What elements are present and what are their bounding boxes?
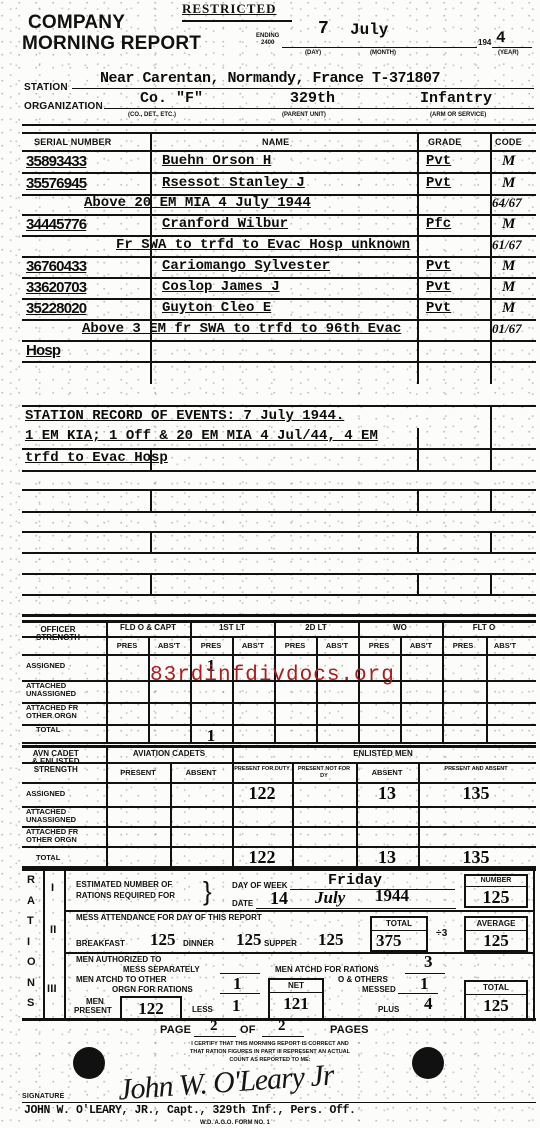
rations-side-letter: N bbox=[27, 977, 35, 989]
plus-value: 4 bbox=[424, 994, 433, 1014]
others-messed-value: 1 bbox=[420, 974, 429, 994]
row-code: M bbox=[502, 175, 515, 192]
row-code: M bbox=[502, 153, 515, 170]
rations-section-1-roman: I bbox=[51, 882, 54, 894]
rations-side-letter: A bbox=[27, 895, 35, 907]
record-of-events-line2: 1 EM KIA; 1 Off & 20 EM MIA 4 Jul/44, 4 … bbox=[25, 428, 378, 444]
row-name: Buehn Orson H bbox=[162, 153, 271, 169]
rations-side-letter: I bbox=[27, 936, 30, 948]
enlisted-row-label: ATTACHED UNASSIGNED bbox=[26, 808, 104, 824]
punch-hole-left bbox=[73, 1047, 105, 1079]
row-code: M bbox=[502, 279, 515, 296]
officer-group-header: WO bbox=[358, 624, 442, 632]
station-value: Near Carentan, Normandy, France T-371807 bbox=[100, 70, 440, 87]
row-serial-number: 35228020 bbox=[26, 300, 86, 317]
morning-report-document: COMPANY MORNING REPORT RESTRICTED ENDING… bbox=[0, 0, 540, 1128]
enlisted-strength-title: AVN CADET& ENLISTEDSTRENGTH bbox=[32, 750, 80, 774]
officer-subcol-header: ABS'T bbox=[316, 642, 358, 650]
row-grade: Pvt bbox=[426, 279, 451, 295]
officer-subcol-header: PRES bbox=[442, 642, 484, 650]
org-parent-unit: 329th bbox=[290, 90, 335, 107]
table-row: 36760433Cariomango SylvesterPvtM bbox=[22, 258, 536, 279]
header-code: CODE bbox=[495, 137, 522, 147]
table-row: 34445776Cranford WilburPfcM bbox=[22, 216, 536, 237]
row-code: M bbox=[502, 258, 515, 275]
row-grade: Pvt bbox=[426, 300, 451, 316]
enlisted-cell: 13 bbox=[356, 847, 418, 868]
men-present-box: 122 bbox=[120, 996, 182, 1018]
enlisted-row-label: ATTACHED FR OTHER ORGN bbox=[26, 828, 104, 844]
rations-total-value: 125 bbox=[466, 995, 526, 1017]
row-serial-number: 35893433 bbox=[26, 153, 86, 170]
officer-subcol-header: PRES bbox=[106, 642, 148, 650]
org-company: Co. "F" bbox=[140, 90, 203, 107]
row-serial-number: Hosp bbox=[26, 342, 60, 359]
ration-number-box: NUMBER 125 bbox=[464, 874, 528, 908]
row-name: Coslop James J bbox=[162, 279, 280, 295]
org-arm: Infantry bbox=[420, 90, 492, 107]
officer-subcol-header: ABS'T bbox=[232, 642, 274, 650]
table-row: 33620703Coslop James JPvtM bbox=[22, 279, 536, 300]
enlisted-subcol-header: PRESENT AND ABSENT bbox=[418, 766, 534, 773]
row-grade: Pvt bbox=[426, 175, 451, 191]
row-remark: Fr SWA to trfd to Evac Hosp unknown bbox=[116, 237, 410, 253]
title-morning-report: MORNING REPORT bbox=[22, 33, 201, 55]
enlisted-row-label: TOTAL bbox=[36, 854, 96, 862]
enlisted-cell: 122 bbox=[232, 783, 292, 804]
men-atchd-rations-value: 3 bbox=[424, 952, 433, 972]
rations-side-letter: S bbox=[27, 997, 35, 1009]
row-serial-number: 34445776 bbox=[26, 216, 86, 233]
watermark: 83rdinfdivdocs.org bbox=[150, 664, 395, 687]
ration-date-day: 14 bbox=[270, 888, 288, 909]
row-name: Cariomango Sylvester bbox=[162, 258, 330, 274]
row-grade: Pvt bbox=[426, 153, 451, 169]
enlisted-cell: 135 bbox=[418, 847, 534, 868]
ration-day-of-week: Friday bbox=[328, 872, 382, 889]
net-box: NET 121 bbox=[268, 978, 324, 1018]
mess-breakfast: 125 bbox=[150, 930, 176, 950]
men-present-value: 122 bbox=[122, 998, 180, 1020]
officer-subcol-header: ABS'T bbox=[484, 642, 526, 650]
row-code: M bbox=[502, 216, 515, 233]
ration-number-value: 125 bbox=[466, 887, 526, 907]
officer-subcol-header: PRES bbox=[358, 642, 400, 650]
enlisted-subcol-header: PRESENT FOR DUTY bbox=[232, 766, 292, 773]
ration-date-month: July bbox=[315, 888, 345, 908]
officer-group-header: 2D LT bbox=[274, 624, 358, 632]
net-value: 121 bbox=[270, 993, 322, 1015]
title-company: COMPANY bbox=[28, 12, 125, 34]
classification-stamp: RESTRICTED bbox=[182, 1, 277, 17]
rations-side-letter: T bbox=[27, 915, 34, 927]
enlisted-cell: 13 bbox=[356, 783, 418, 804]
table-row: Fr SWA to trfd to Evac Hosp unknown61/67 bbox=[22, 237, 536, 258]
row-remark: Above 3 EM fr SWA to trfd to 96th Evac bbox=[82, 321, 401, 337]
report-year: 4 bbox=[496, 29, 506, 47]
ending-label: ENDING 2400 bbox=[256, 33, 279, 47]
report-month: July bbox=[350, 21, 388, 39]
record-of-events-line1: STATION RECORD OF EVENTS: 7 July 1944. bbox=[25, 408, 344, 424]
organization-label: ORGANIZATION bbox=[24, 101, 103, 112]
row-remark: Above 20 EM MIA 4 July 1944 bbox=[84, 195, 311, 211]
ration-date-year: 1944 bbox=[375, 886, 409, 906]
rations-side-letter: O bbox=[27, 956, 36, 968]
row-grade: Pfc bbox=[426, 216, 451, 232]
enlisted-subcol-header: ABSENT bbox=[356, 769, 418, 777]
officer-subcol-header: ABS'T bbox=[400, 642, 442, 650]
rations-side-letter: R bbox=[27, 874, 35, 886]
enlisted-subcol-header: ABSENT bbox=[170, 769, 232, 777]
row-serial-number: 36760433 bbox=[26, 258, 86, 275]
record-of-events-line3: trfd to Evac Hosp bbox=[25, 450, 168, 466]
row-code: 61/67 bbox=[492, 237, 522, 253]
officer-group-header: FLT O bbox=[442, 624, 526, 632]
officer-row-label: TOTAL bbox=[36, 726, 96, 734]
row-name: Guyton Cleo E bbox=[162, 300, 271, 316]
mess-average-box: AVERAGE 125 bbox=[464, 916, 528, 952]
row-name: Cranford Wilbur bbox=[162, 216, 288, 232]
officer-row-label: ATTACHED UNASSIGNED bbox=[26, 682, 104, 698]
officer-strength-title: OFFICERSTRENGTH bbox=[36, 626, 80, 642]
less-value: 1 bbox=[232, 996, 241, 1016]
page-number: 2 bbox=[210, 1018, 218, 1035]
rations-section-2-roman: II bbox=[50, 924, 57, 936]
officer-row-label: ASSIGNED bbox=[26, 662, 104, 670]
station-label: STATION bbox=[24, 82, 68, 93]
rations-total-box: TOTAL 125 bbox=[464, 980, 528, 1018]
officer-row-label: ATTACHED FR OTHER ORGN bbox=[26, 704, 104, 720]
table-row: Above 3 EM fr SWA to trfd to 96th Evac01… bbox=[22, 321, 536, 342]
punch-hole-right bbox=[412, 1047, 444, 1079]
header-name: NAME bbox=[262, 137, 289, 147]
table-row: Hosp bbox=[22, 342, 536, 363]
row-code: 64/67 bbox=[492, 195, 522, 211]
mess-supper: 125 bbox=[318, 930, 344, 950]
row-code: M bbox=[502, 300, 515, 317]
officer-group-header: FLD O & CAPT bbox=[106, 624, 190, 632]
rations-section-3-roman: III bbox=[47, 983, 57, 995]
page-label: PAGE bbox=[160, 1024, 191, 1036]
enlisted-cell: 122 bbox=[232, 847, 292, 868]
row-serial-number: 33620703 bbox=[26, 279, 86, 296]
mess-average-value: 125 bbox=[466, 931, 526, 951]
men-atchd-other-orgn-value: 1 bbox=[233, 974, 242, 994]
officer-cell: 1 bbox=[190, 726, 232, 746]
page-total: 2 bbox=[278, 1018, 286, 1035]
enlisted-subcol-header: PRESENT NOT FOR DY bbox=[292, 766, 356, 780]
enlisted-men-header: ENLISTED MEN bbox=[232, 750, 534, 758]
officer-subcol-header: PRES bbox=[190, 642, 232, 650]
row-code: 01/67 bbox=[492, 321, 522, 337]
signature: John W. O'Leary Jr bbox=[117, 1059, 334, 1108]
table-row: 35576945Rsessot Stanley JPvtM bbox=[22, 175, 536, 196]
row-serial-number: 35576945 bbox=[26, 175, 86, 192]
mess-total-box: TOTAL 375 bbox=[370, 916, 428, 952]
certification-text: I CERTIFY THAT THIS MORNING REPORT IS CO… bbox=[140, 1040, 400, 1064]
aviation-cadets-header: AVIATION CADETS bbox=[106, 750, 232, 758]
row-grade: Pvt bbox=[426, 258, 451, 274]
table-row: Above 20 EM MIA 4 July 194464/67 bbox=[22, 195, 536, 216]
enlisted-cell: 135 bbox=[418, 783, 534, 804]
header-grade: GRADE bbox=[428, 137, 462, 147]
mess-total-value: 375 bbox=[372, 931, 426, 951]
row-name: Rsessot Stanley J bbox=[162, 175, 305, 191]
enlisted-subcol-header: PRESENT bbox=[106, 769, 170, 777]
report-day: 7 bbox=[318, 19, 329, 39]
officer-group-header: 1ST LT bbox=[190, 624, 274, 632]
mess-dinner: 125 bbox=[236, 930, 262, 950]
table-row: 35893433Buehn Orson HPvtM bbox=[22, 153, 536, 174]
table-row: 35228020Guyton Cleo EPvtM bbox=[22, 300, 536, 321]
officer-subcol-header: ABS'T bbox=[148, 642, 190, 650]
signature-label: SIGNATURE bbox=[22, 1093, 65, 1100]
enlisted-row-label: ASSIGNED bbox=[26, 790, 104, 798]
officer-subcol-header: PRES bbox=[274, 642, 316, 650]
signer-name-line: JOHN W. O'LEARY, JR., Capt., 329th Inf.,… bbox=[24, 1104, 356, 1117]
header-serial-number: SERIAL NUMBER bbox=[34, 137, 111, 147]
